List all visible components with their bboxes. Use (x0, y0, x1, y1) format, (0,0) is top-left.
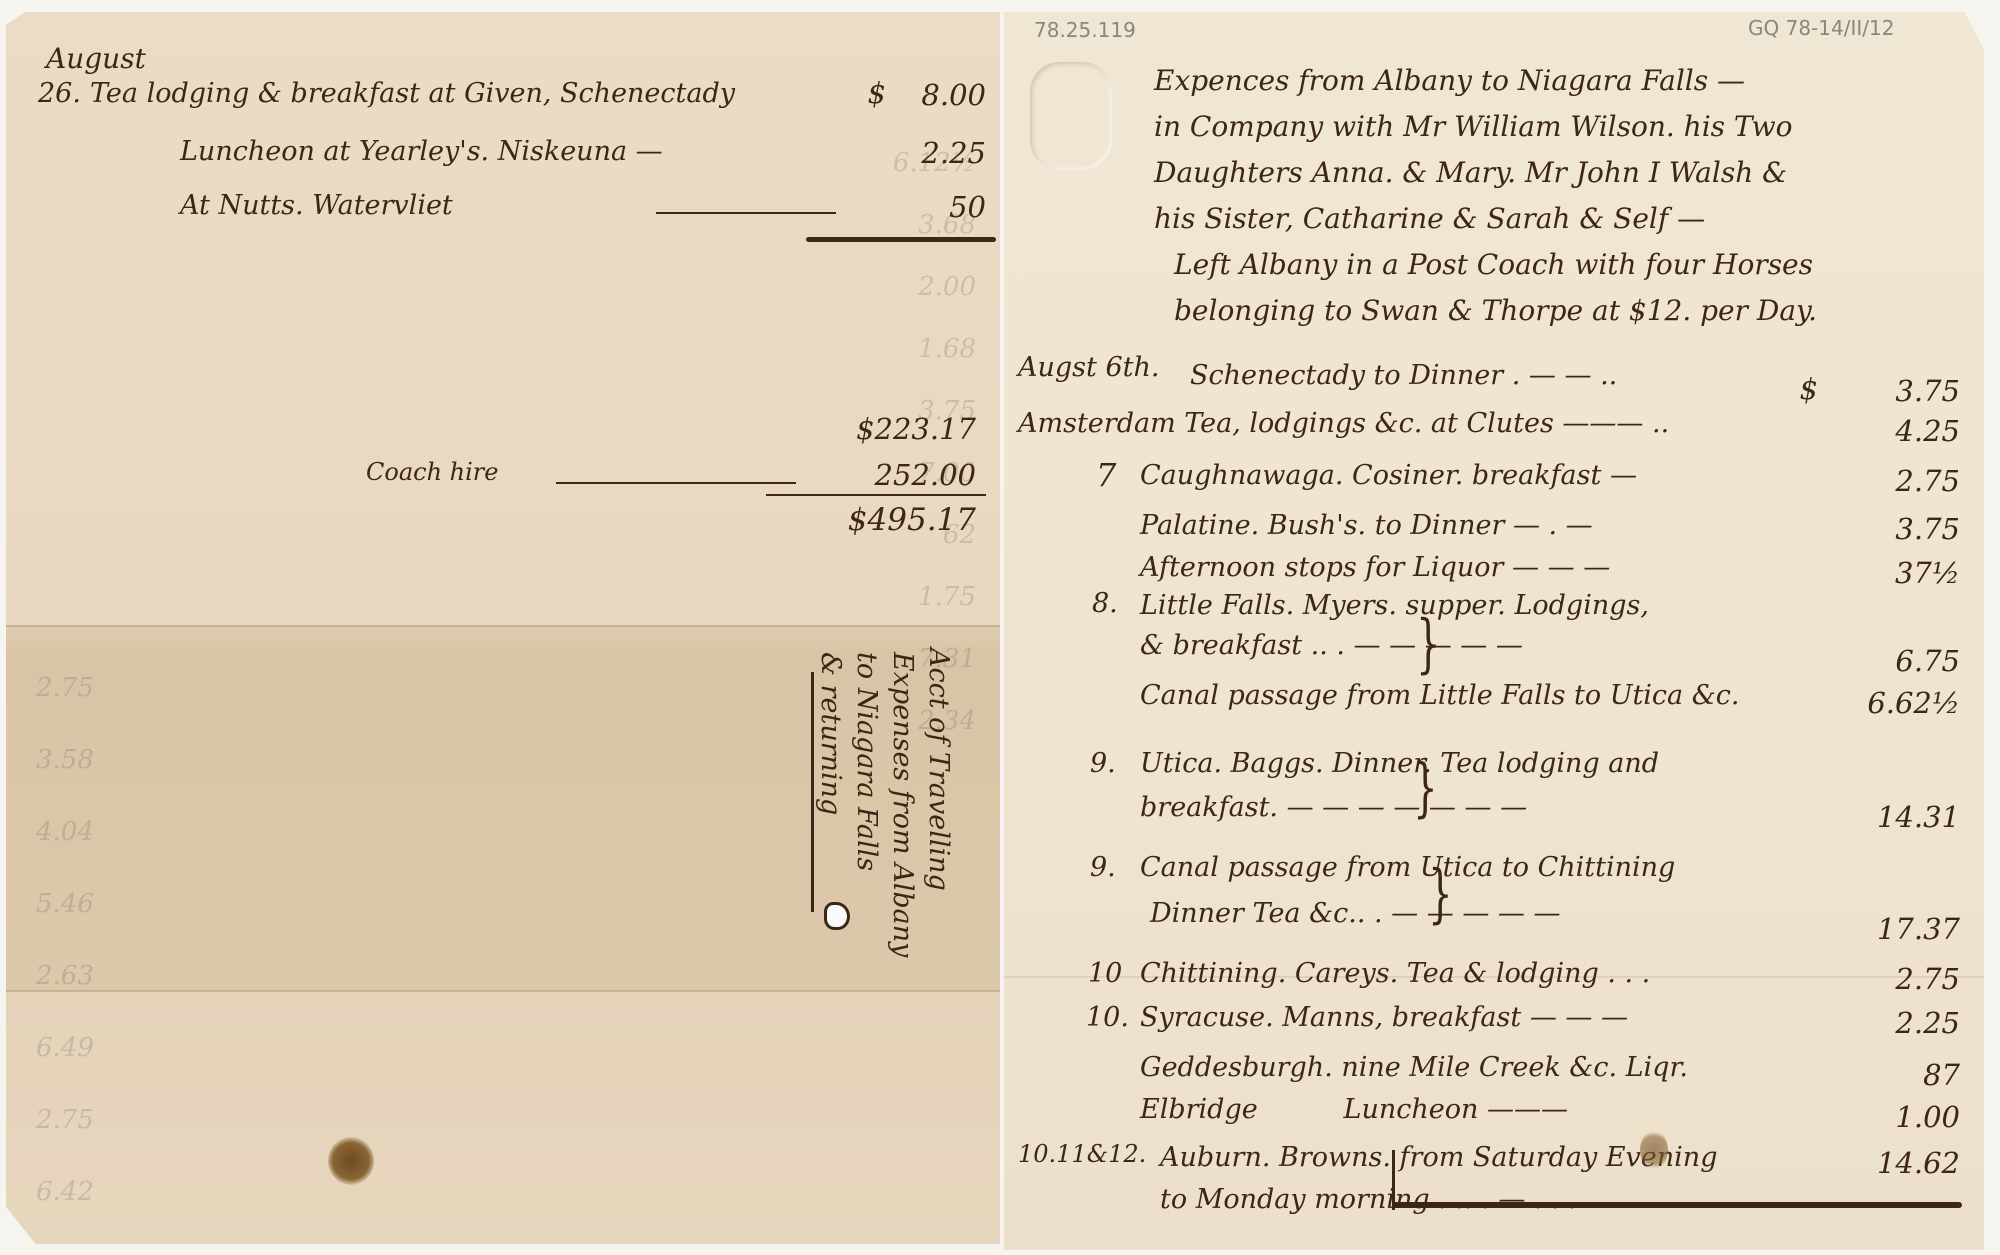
entry-date: 10. (1086, 1002, 1129, 1033)
bleed-through-amount: 3.58 (36, 724, 116, 796)
docket-line: Expenses from Albany (884, 648, 920, 968)
entry-date: 9. (1090, 748, 1116, 779)
entry-amount: 6.62½ (1820, 686, 1960, 720)
entry-amount: 50 (886, 190, 986, 224)
entry-description: Syracuse. Manns, breakfast — — — (1140, 1002, 1628, 1033)
entry-description: breakfast. — — — — — — — (1140, 792, 1527, 823)
bleed-through-amount: 6.49 (36, 1012, 116, 1084)
catalog-number: GQ 78-14/II/12 (1748, 16, 1894, 40)
paper-hole (824, 902, 850, 930)
entry-date: 9. (1090, 852, 1116, 883)
entry-description: to Monday morning . .. . — . . . (1160, 1184, 1577, 1215)
entry-amount: 2.25 (886, 136, 986, 170)
entry-description: Palatine. Bush's. to Dinner — . — (1140, 510, 1593, 541)
total-underline (1392, 1202, 1962, 1208)
entry-date: Augst 6th. (1018, 352, 1159, 383)
entry-description: Dinner Tea &c.. . — — — — — (1150, 898, 1561, 929)
entry-description: & breakfast .. . — — — — — (1140, 630, 1523, 661)
bleed-through-amount: 2.63 (36, 940, 116, 1012)
docket-line: Acct of Travelling (920, 648, 956, 968)
entry-amount: 4.25 (1820, 414, 1960, 448)
entry-description: Luncheon at Yearley's. Niskeuna — (180, 136, 663, 167)
entry-description: Canal passage from Little Falls to Utica… (1140, 680, 1739, 711)
total-underline (806, 237, 996, 242)
brace: } (1413, 756, 1437, 820)
entry-amount: 87 (1820, 1058, 1960, 1092)
sum-line (766, 494, 986, 496)
entry-amount: 6.75 (1820, 644, 1960, 678)
entry-description: Auburn. Browns. from Saturday Evening (1160, 1142, 1717, 1173)
entry-description: Utica. Baggs. Dinner. Tea lodging and (1140, 748, 1659, 779)
entry-amount: 2.25 (1820, 1006, 1960, 1040)
entry-description: Little Falls. Myers. supper. Lodgings, (1140, 590, 1649, 621)
entry-amount: 3.75 (1820, 374, 1960, 408)
brace: } (1416, 612, 1440, 676)
currency-symbol: $ (1778, 372, 1818, 406)
ink-stain (328, 1137, 374, 1185)
brace: } (1428, 862, 1452, 926)
entry-description: Caughnawaga. Cosiner. breakfast — (1140, 460, 1637, 491)
bracket-vertical (1392, 1150, 1395, 1210)
currency-symbol: $ (846, 76, 886, 110)
entry-date: 26. (38, 78, 81, 109)
bleed-through-amount: 2.75 (36, 652, 116, 724)
bleed-through-amount: 2.75 (36, 1084, 116, 1156)
bleed-through-amount: 4.04 (36, 796, 116, 868)
entry-amount: 2.75 (1820, 464, 1960, 498)
entry-amount: 8.00 (886, 78, 986, 112)
bleed-through-amount: 5.46 (36, 868, 116, 940)
bleed-through-column-lower: 2.75 3.58 4.04 5.46 2.63 6.49 2.75 6.42 (36, 652, 116, 1228)
heading-line: in Company with Mr William Wilson. his T… (1070, 104, 1817, 150)
entry-amount: 17.37 (1820, 912, 1960, 946)
entry-amount: 1.00 (1820, 1100, 1960, 1134)
month-heading: August (46, 42, 146, 75)
entry-amount: 14.31 (1820, 800, 1960, 834)
entry-amount: 3.75 (1820, 512, 1960, 546)
entry-description: Tea lodging & breakfast at Given, Schene… (90, 78, 735, 109)
accession-number: 78.25.119 (1034, 18, 1136, 42)
left-page: 6.12½ 3.68 2.00 1.68 3.75 7.00 62 1.75 7… (6, 12, 1000, 1244)
heading-line: his Sister, Catharine & Sarah & Self — (1070, 196, 1817, 242)
heading-line: Expences from Albany to Niagara Falls — (1070, 58, 1817, 104)
fold-line-upper (6, 625, 1000, 627)
coach-hire-amount: 252.00 (796, 458, 976, 492)
entry-description: Amsterdam Tea, lodgings &c. at Clutes ——… (1018, 408, 1669, 439)
grand-total-amount: $495.17 (746, 502, 976, 538)
entry-description: Afternoon stops for Liquor — — — (1140, 552, 1610, 583)
entry-description: Geddesburgh. nine Mile Creek &c. Liqr. (1140, 1052, 1688, 1083)
fill-line (656, 212, 836, 214)
heading-line: Left Albany in a Post Coach with four Ho… (1070, 242, 1817, 288)
bleed-through-amount: 1.68 (886, 318, 976, 380)
entry-date: 10 (1088, 958, 1122, 989)
ink-stain (1640, 1130, 1668, 1170)
entry-amount: 2.75 (1820, 962, 1960, 996)
document-heading: Expences from Albany to Niagara Falls — … (1070, 58, 1817, 334)
entry-description: Canal passage from Utica to Chittining (1140, 852, 1675, 883)
bleed-through-amount: 6.42 (36, 1156, 116, 1228)
docket-line: to Niagara Falls (848, 648, 884, 968)
entry-date: 7 (1096, 456, 1116, 494)
entry-description: Schenectady to Dinner . — — .. (1190, 360, 1617, 391)
entry-description: Chittining. Careys. Tea & lodging . . . (1140, 958, 1650, 989)
entry-date: 10.11&12. (1018, 1140, 1146, 1168)
entry-description: Elbridge Luncheon ——— (1140, 1094, 1568, 1125)
entry-date: 8. (1092, 588, 1118, 619)
entry-amount: 37½ (1820, 556, 1960, 590)
heading-line: Daughters Anna. & Mary. Mr John I Walsh … (1070, 150, 1817, 196)
fold-line-lower (6, 990, 1000, 992)
fill-line (556, 482, 796, 484)
subtotal-amount: $223.17 (766, 412, 976, 446)
bleed-through-amount: 1.75 (886, 566, 976, 628)
heading-line: belonging to Swan & Thorpe at $12. per D… (1070, 288, 1817, 334)
docket-rule (811, 672, 814, 912)
coach-hire-label: Coach hire (366, 458, 498, 486)
entry-description: At Nutts. Watervliet (180, 190, 453, 221)
entry-amount: 14.62 (1820, 1146, 1960, 1180)
bleed-through-amount: 2.00 (886, 256, 976, 318)
